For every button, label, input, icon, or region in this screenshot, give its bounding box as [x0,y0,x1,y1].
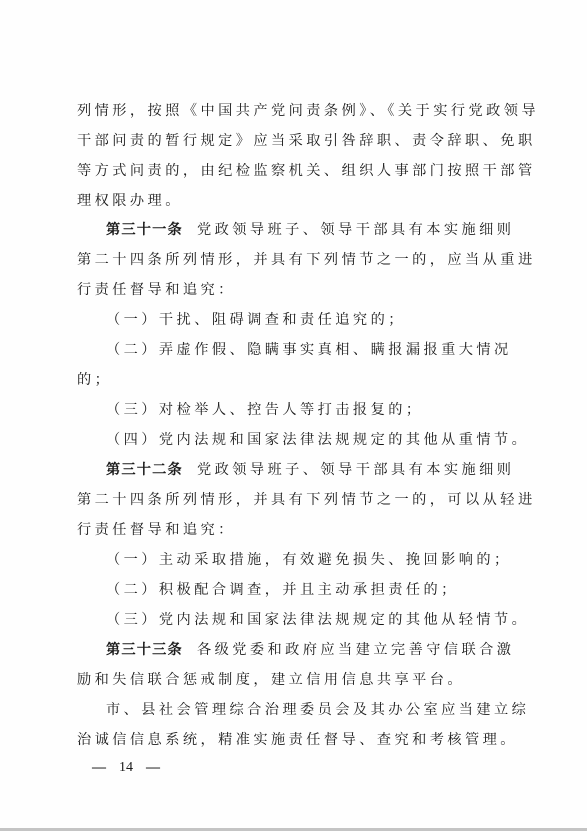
article-text: 各级党委和政府应当建立完善守信联合激 [197,642,514,658]
page-number: — 14 — [92,758,160,778]
article-heading: 第三十一条 [106,222,183,238]
article-33: 第三十三条各级党委和政府应当建立完善守信联合激 [106,639,542,661]
article-text: 党政领导班子、领导干部具有本实施细则 [197,462,514,478]
text-line: 第二十四条所列情形，并具有下列情节之一的，可以从轻进 [77,489,513,511]
text-line: 的； [77,369,513,391]
document-page: 列情形，按照《中国共产党问责条例》、《关于实行党政领导 干部问责的暂行规定》应当… [0,0,587,826]
text-line: 等方式问责的，由纪检监察机关、组织人事部门按照干部管 [77,160,513,182]
article-32: 第三十二条党政领导班子、领导干部具有本实施细则 [106,459,542,481]
text-line: 励和失信联合惩戒制度，建立信用信息共享平台。 [77,669,513,691]
text-line: 行责任督导和追究： [77,519,513,541]
page-number-value: 14 [119,760,133,775]
list-item: （二）弄虚作假、隐瞒事实真相、瞒报漏报重大情况 [106,339,542,361]
list-item: （二）积极配合调查，并且主动承担责任的； [106,579,542,601]
list-item: （三）党内法规和国家法律法规规定的其他从轻情节。 [106,609,542,631]
text-line: 列情形，按照《中国共产党问责条例》、《关于实行党政领导 [77,100,513,122]
article-31: 第三十一条党政领导班子、领导干部具有本实施细则 [106,219,542,241]
page-dash-left: — [92,760,106,775]
list-item: （三）对检举人、控告人等打击报复的； [106,399,542,421]
text-line: 第二十四条所列情形，并具有下列情节之一的，应当从重进 [77,249,513,271]
article-heading: 第三十三条 [106,642,183,658]
text-line: 干部问责的暂行规定》应当采取引咎辞职、责令辞职、免职 [77,130,513,152]
page-dash-right: — [146,760,160,775]
text-line: 治诚信信息系统，精准实施责任督导、查究和考核管理。 [77,729,513,751]
list-item: （一）主动采取措施，有效避免损失、挽回影响的； [106,549,542,571]
text-line: 行责任督导和追究： [77,279,513,301]
text-line: 理权限办理。 [77,190,513,212]
list-item: （四）党内法规和国家法律法规规定的其他从重情节。 [106,429,542,451]
article-text: 党政领导班子、领导干部具有本实施细则 [197,222,514,238]
list-item: （一）干扰、阻碍调查和责任追究的； [106,309,542,331]
text-line: 市、县社会管理综合治理委员会及其办公室应当建立综 [106,699,542,721]
article-heading: 第三十二条 [106,462,183,478]
